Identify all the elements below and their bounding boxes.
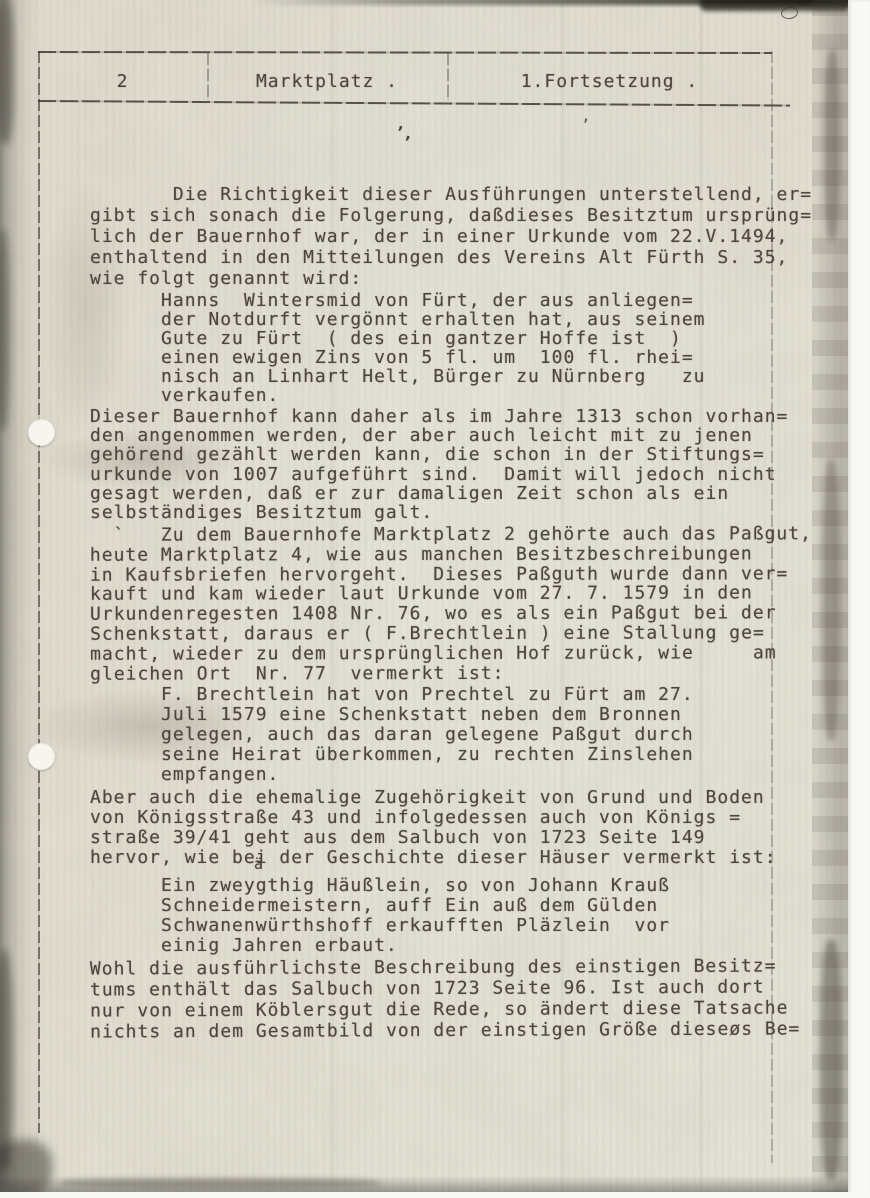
- umlaut-correction: ä: [254, 857, 264, 872]
- quotation-2: F. Brechtlein hat von Prechtel zu Fürt a…: [90, 685, 694, 785]
- continuation-label: 1.Fortsetzung .: [447, 71, 772, 92]
- scan-smudge: [0, 950, 13, 1170]
- paragraph-5: Wohl die ausführlichste Beschreibung des…: [90, 955, 801, 1042]
- stray-mark: ’: [581, 116, 590, 134]
- scan-smudge: [0, 1140, 52, 1196]
- paragraph-3: ` Zu dem Bauernhofe Marktplatz 2 gehörte…: [90, 524, 812, 684]
- scan-smudge: [824, 50, 840, 240]
- quotation-1: Hanns Wintersmid von Fürt, der aus anlie…: [90, 291, 706, 405]
- paragraph-1: Die Richtigkeit dieser Ausführungen unte…: [90, 184, 812, 289]
- scanner-background-bottom: [0, 1192, 870, 1198]
- corner-circle-mark: [780, 6, 799, 20]
- header-rule-bottom: [38, 100, 790, 107]
- paragraph-2: Dieser Bauernhof kann daher als im Jahre…: [90, 407, 788, 522]
- scan-smudge: [820, 940, 842, 1180]
- page-number: 2: [38, 71, 207, 92]
- paper-sheet: 2 Marktplatz . 1.Fortsetzung . ’, ’ Die …: [0, 0, 848, 1192]
- scan-smudge: [822, 460, 840, 740]
- scan-smudge: [0, 0, 14, 144]
- left-margin-rule: [38, 51, 40, 1133]
- header-rule-top: [38, 51, 772, 54]
- punch-hole-bottom: [28, 743, 55, 770]
- scanned-document-page: { "header": { "page_number": "2", "title…: [0, 0, 870, 1198]
- scan-smudge: [0, 230, 10, 430]
- punch-hole-top: [28, 419, 55, 446]
- quotation-3: Ein zweygthig Häußlein, so von Johann Kr…: [90, 876, 670, 956]
- scanner-background-right: [848, 0, 870, 1198]
- document-title: Marktplatz .: [207, 71, 447, 92]
- paragraph-4: Aber auch die ehemalige Zugehörigkeit vo…: [90, 788, 777, 868]
- stray-mark: ’,: [394, 123, 414, 143]
